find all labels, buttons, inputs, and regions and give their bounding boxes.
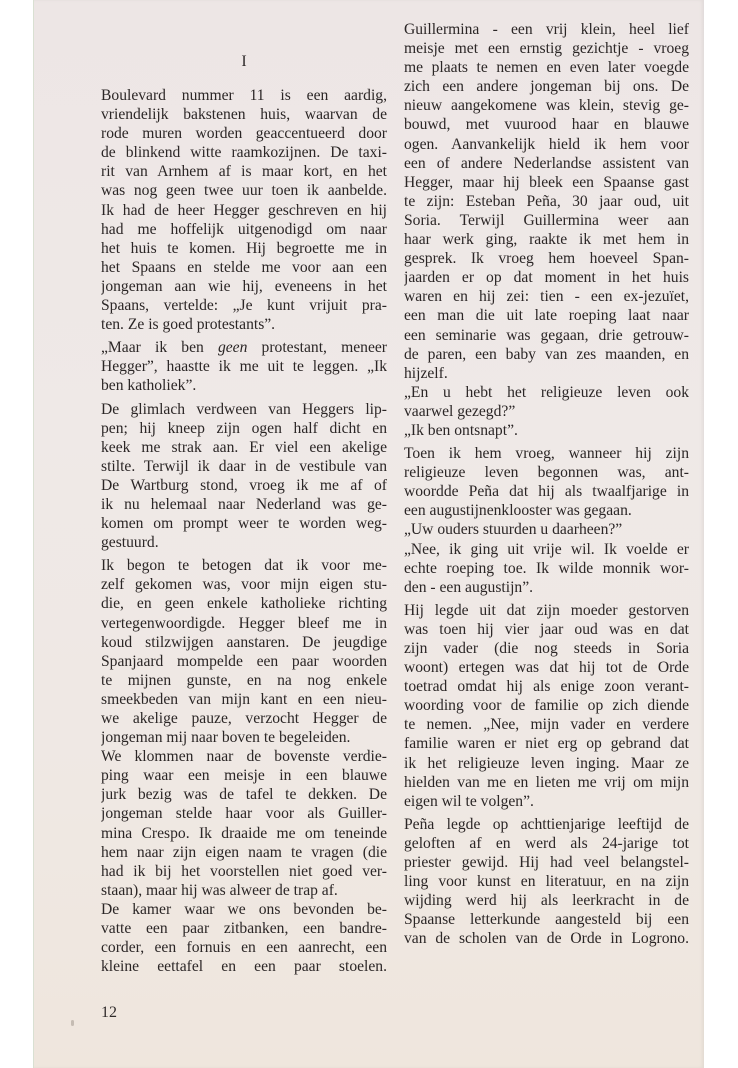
text-run: protestant, meneer (247, 339, 387, 356)
text-line: hijzelf. (404, 364, 689, 383)
left-column-body: Boulevard nummer 11 is een aardig, vrien… (101, 86, 387, 976)
text-line: corder, een fornuis en een aanrecht, een (101, 938, 387, 957)
text-line: Hij legde uit dat zijn moeder gestorven (404, 601, 689, 620)
text-line: mina Crespo. Ik draaide me om teneinde (101, 824, 387, 843)
text-line: Hegger, maar hij bleek een Spaanse gast (404, 173, 689, 192)
paragraph: Boulevard nummer 11 is een aardig, vrien… (101, 86, 387, 334)
text-line: zich een andere jongeman bij ons. De (404, 77, 689, 96)
paragraph: De kamer waar we ons bevonden be- vatte … (101, 900, 387, 976)
text-line: ogen. Aanvankelijk hield ik hem voor (404, 135, 689, 154)
text-line: haar werk ging, raakte ik met hem in (404, 230, 689, 249)
text-line: het huis te komen. Hij begroette me in (101, 239, 387, 258)
text-line: Guillermina - een vrij klein, heel lief (404, 20, 689, 39)
text-line: vatte een paar zitbanken, een bandre- (101, 919, 387, 938)
text-line: geloften af en werd als 24-jarige tot (404, 834, 689, 853)
text-line: nieuw aangekomene was klein, stevig ge- (404, 96, 689, 115)
text-line: het Spaans en stelde me voor aan een (101, 258, 387, 277)
text-line: De Wartburg stond, vroeg ik me af of (101, 476, 387, 495)
text-line: „Ik ben ontsnapt”. (404, 421, 689, 440)
text-line: vriendelijk bakstenen huis, waarvan de (101, 105, 387, 124)
text-line: hielden van me en lieten me vrij om mijn (404, 773, 689, 792)
text-line: zijn vader (die nog steeds in Soria (404, 639, 689, 658)
text-line: vaarwel gezegd?” (404, 402, 689, 421)
text-line: wijding werd hij als leerkracht in de (404, 891, 689, 910)
text-line: „Maar ik ben geen protestant, meneer (101, 338, 387, 357)
text-line: de blinkend witte raamkozijnen. De taxi- (101, 143, 387, 162)
text-line: pen; hij kneep zijn ogen half dicht en (101, 419, 387, 438)
text-line: had me hoffelijk uitgenodigd om naar (101, 220, 387, 239)
text-line: „Uw ouders stuurden u daarheen?” (404, 520, 689, 539)
page-number: 12 (101, 1003, 117, 1022)
paragraph: „Maar ik ben geen protestant, meneer Heg… (101, 338, 387, 395)
text-line: van de scholen van de Orde in Logrono. (404, 929, 689, 948)
text-line: rit van Arnhem af is maar kort, en het (101, 162, 387, 181)
text-line: Spaans, vertelde: „Je kunt vrijuit pra- (101, 296, 387, 315)
text-line: te mijnen gunste, en na nog enkele (101, 671, 387, 690)
text-line: was toen hij vier jaar oud was en dat (404, 620, 689, 639)
text-line: komen om prompt weer te worden weg- (101, 514, 387, 533)
paragraph: Hij legde uit dat zijn moeder gestorven … (404, 601, 689, 811)
text-line: ling voor kunst en literatuur, en na zij… (404, 872, 689, 891)
text-line: kleine eettafel en een paar stoelen. (101, 957, 387, 976)
text-line: den - een augustijn”. (404, 578, 689, 597)
text-line: waren en hij zei: tien - een ex-jezuïet, (404, 287, 689, 306)
paragraph: „Uw ouders stuurden u daarheen?” (404, 520, 689, 539)
paper-blemish (71, 1020, 74, 1026)
text-line: woording voor de familie op zich diende (404, 696, 689, 715)
text-line: meisje met een ernstig gezichtje - vroeg (404, 39, 689, 58)
text-line: De kamer waar we ons bevonden be- (101, 900, 387, 919)
text-line: woont) ertegen was dat hij tot de Orde (404, 658, 689, 677)
text-line: stilte. Terwijl ik daar in de vestibule … (101, 457, 387, 476)
right-column-body: Guillermina - een vrij klein, heel lief … (404, 20, 689, 949)
text-line: gesprek. Ik vroeg hem hoeveel Span- (404, 249, 689, 268)
text-line: een augustijnenklooster was gegaan. (404, 501, 689, 520)
text-line: een seminarie was gegaan, drie getrouw- (404, 326, 689, 345)
text-line: een of andere Nederlandse assistent van (404, 154, 689, 173)
text-line: te nemen. „Nee, mijn vader en verdere (404, 715, 689, 734)
text-line: Spaanse letterkunde aangesteld bij een (404, 910, 689, 929)
text-line: Spanjaard mompelde een paar woorden (101, 652, 387, 671)
text-line: de paren, een baby van zes maanden, en (404, 345, 689, 364)
text-line: te zijn: Esteban Peña, 30 jaar oud, uit (404, 192, 689, 211)
text-line: zelf gekomen was, voor mijn eigen stu- (101, 575, 387, 594)
text-line: keek me strak aan. Er viel een akelige (101, 438, 387, 457)
text-line: die, en geen enkele katholieke richting (101, 594, 387, 613)
text-line: jongeman mij naar boven te begeleiden. (101, 728, 387, 747)
text-line: toetrad omdat hij als enige zoon verant- (404, 677, 689, 696)
text-line: echte roeping toe. Ik wilde monnik wor- (404, 559, 689, 578)
text-line: jongeman stelde haar voor als Guiller- (101, 804, 387, 823)
text-line: ik nu helemaal naar Nederland was ge- (101, 495, 387, 514)
text-line: Boulevard nummer 11 is een aardig, (101, 86, 387, 105)
paragraph: We klommen naar de bovenste verdie- ping… (101, 747, 387, 900)
paragraph: Ik begon te betogen dat ik voor me- zelf… (101, 556, 387, 747)
text-line: gestuurd. (101, 533, 387, 552)
text-line: Toen ik hem vroeg, wanneer hij zijn (404, 444, 689, 463)
text-line: ping waar een meisje in een blauwe (101, 766, 387, 785)
text-line: „En u hebt het religieuze leven ook (404, 383, 689, 402)
paragraph: De glimlach verdween van Heggers lip- pe… (101, 400, 387, 553)
book-page: I Boulevard nummer 11 is een aardig, vri… (33, 0, 704, 1068)
text-line: jongeman aan wie hij, eveneens in het (101, 277, 387, 296)
text-line: eigen wil te volgen”. (404, 792, 689, 811)
text-line: smeekbeden van mijn kant en een nieu- (101, 690, 387, 709)
text-line: koud stilzwijgen aanstaren. De jeugdige (101, 633, 387, 652)
text-line: ten. Ze is goed protestants”. (101, 315, 387, 334)
text-line: was nog geen twee uur toen ik aanbelde. (101, 181, 387, 200)
chapter-number: I (101, 52, 387, 71)
text-line: ben katholiek”. (101, 376, 387, 395)
emphasized-word: geen (218, 339, 247, 356)
text-line: „Nee, ik ging uit vrije wil. Ik voelde e… (404, 540, 689, 559)
text-line: ik het religieuze leven inging. Maar ze (404, 754, 689, 773)
text-line: hem naar zijn eigen naam te vragen (die (101, 843, 387, 862)
paragraph: Guillermina - een vrij klein, heel lief … (404, 20, 689, 383)
text-line: Soria. Terwijl Guillermina weer aan (404, 211, 689, 230)
text-line: woordde Peña dat hij als twaalfjarige in (404, 482, 689, 501)
text-line: jaarden er op dat moment in het huis (404, 268, 689, 287)
paragraph: Peña legde op achttienjarige leeftijd de… (404, 815, 689, 949)
paragraph: „En u hebt het religieuze leven ook vaar… (404, 383, 689, 421)
text-line: een man die uit late roeping laat naar (404, 306, 689, 325)
text-line: we akelige pauze, verzocht Hegger de (101, 709, 387, 728)
text-line: priester gewijd. Hij had veel belangstel… (404, 853, 689, 872)
text-line: Peña legde op achttienjarige leeftijd de (404, 815, 689, 834)
paragraph: Toen ik hem vroeg, wanneer hij zijn reli… (404, 444, 689, 520)
paragraph: „Ik ben ontsnapt”. (404, 421, 689, 440)
text-line: De glimlach verdween van Heggers lip- (101, 400, 387, 419)
text-line: religieuze leven begonnen was, ant- (404, 463, 689, 482)
text-line: me plaats te nemen en even later voegde (404, 58, 689, 77)
text-line: rode muren worden geaccentueerd door (101, 124, 387, 143)
text-line: familie waren er niet erg op gebrand dat (404, 734, 689, 753)
text-line: Hegger”, haastte ik me uit te leggen. „I… (101, 357, 387, 376)
paragraph: „Nee, ik ging uit vrije wil. Ik voelde e… (404, 540, 689, 597)
text-run: „Maar ik ben (101, 339, 218, 356)
text-line: vertegenwoordigde. Hegger bleef me in (101, 614, 387, 633)
text-line: We klommen naar de bovenste verdie- (101, 747, 387, 766)
text-line: bouwd, met vuurood haar en blauwe (404, 115, 689, 134)
text-line: had ik bij het voorstellen niet goed ver… (101, 862, 387, 881)
text-line: Ik had de heer Hegger geschreven en hij (101, 201, 387, 220)
text-line: staan), maar hij was alweer de trap af. (101, 881, 387, 900)
text-line: Ik begon te betogen dat ik voor me- (101, 556, 387, 575)
text-line: jurk bezig was de tafel te dekken. De (101, 785, 387, 804)
